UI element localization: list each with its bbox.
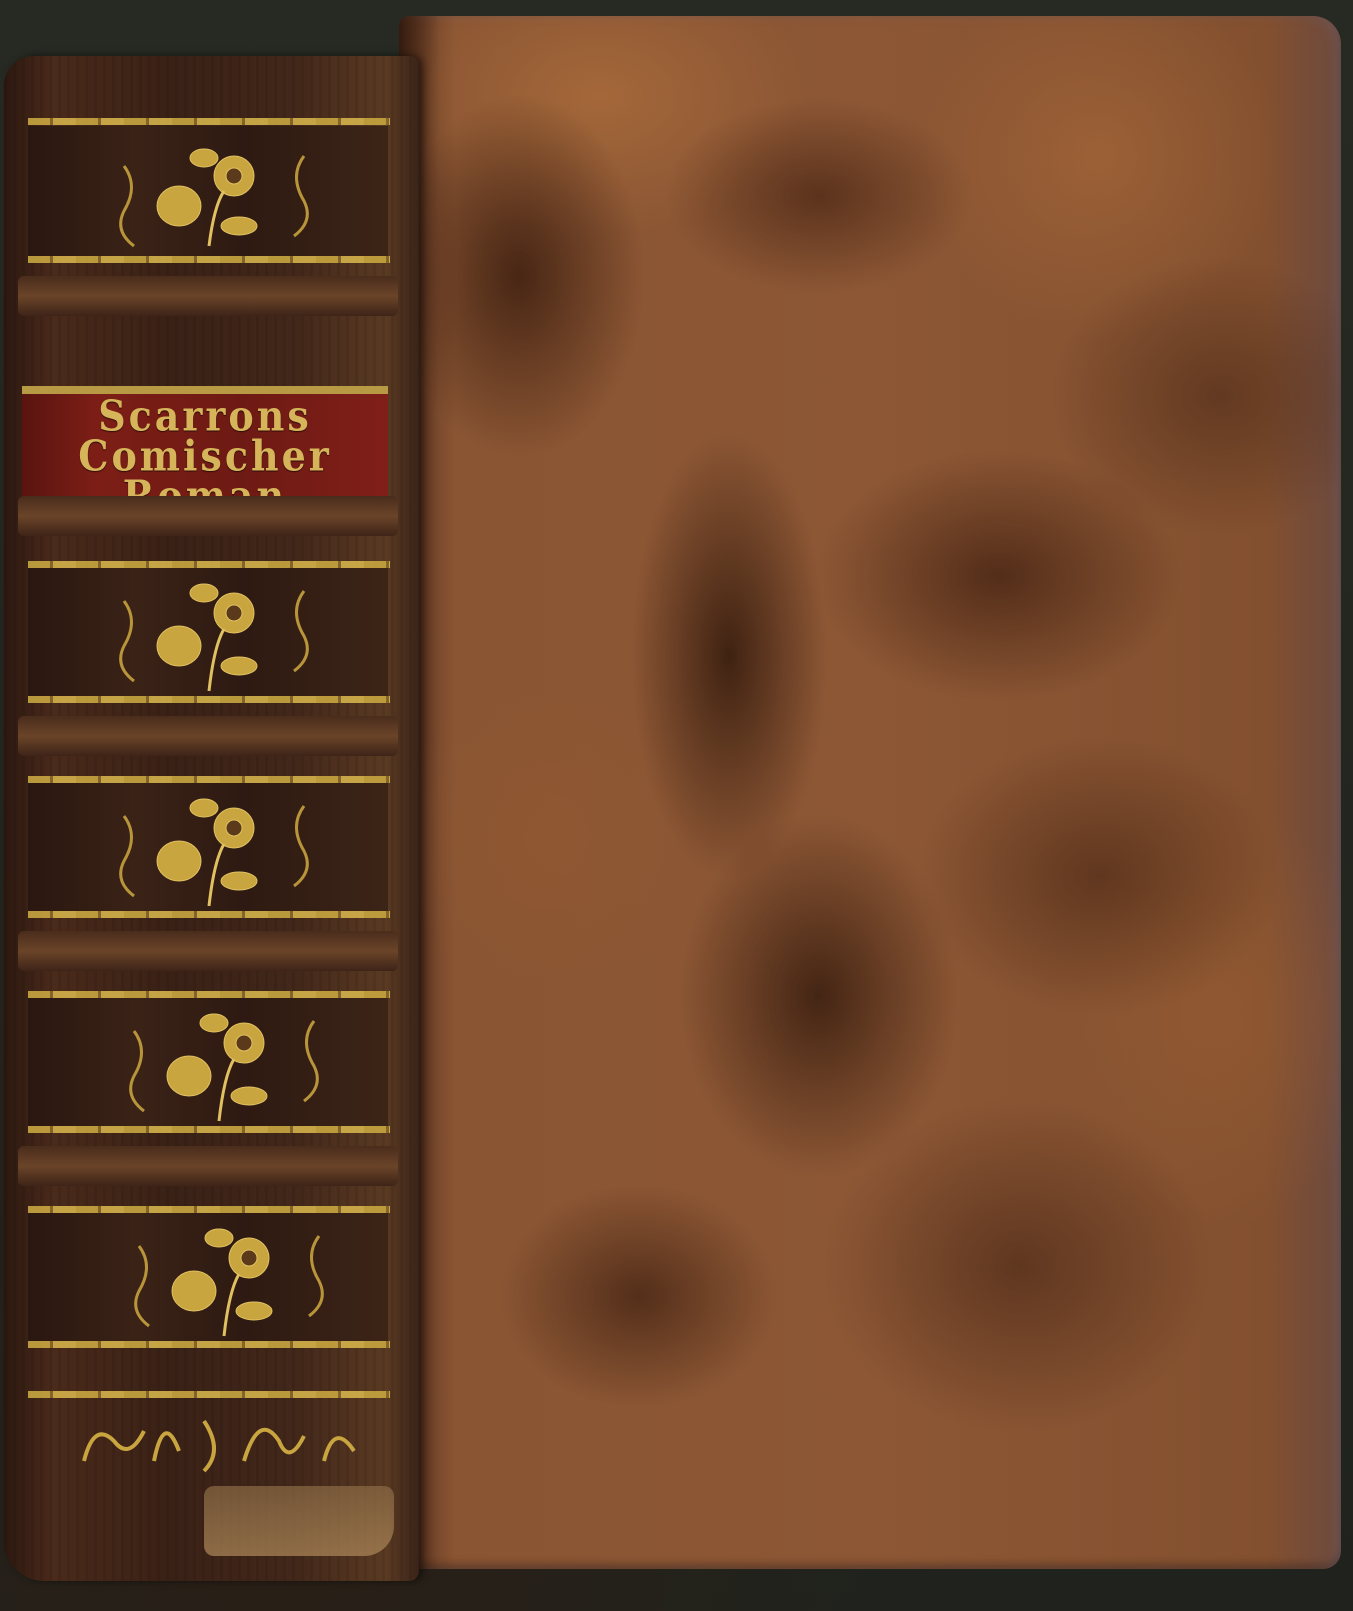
gilt-rule	[28, 256, 390, 263]
worn-leather-patch	[204, 1486, 394, 1556]
raised-band	[18, 496, 398, 536]
gilt-rule	[28, 1341, 390, 1348]
raised-band	[18, 931, 398, 971]
gilt-rule	[28, 1391, 390, 1398]
floral-ornament-icon	[114, 136, 314, 256]
gilt-rule	[28, 1126, 390, 1133]
gilt-rule	[28, 561, 390, 568]
floral-ornament-icon	[129, 1216, 329, 1341]
gilt-rule	[28, 991, 390, 998]
raised-band	[18, 716, 398, 756]
raised-band	[18, 1146, 398, 1186]
gilt-rule	[28, 696, 390, 703]
tail-ornament-icon	[64, 1401, 384, 1481]
gilt-rule	[28, 118, 390, 125]
front-cover	[399, 16, 1341, 1569]
floral-ornament-icon	[114, 571, 314, 696]
book-spine: Scarrons Comischer Roman	[4, 56, 419, 1581]
gilt-rule	[28, 1206, 390, 1213]
gilt-rule	[28, 911, 390, 918]
floral-ornament-icon	[114, 786, 314, 911]
raised-band	[18, 276, 398, 316]
floral-ornament-icon	[124, 1001, 324, 1126]
gilt-rule	[28, 776, 390, 783]
book: Scarrons Comischer Roman	[4, 16, 1344, 1581]
